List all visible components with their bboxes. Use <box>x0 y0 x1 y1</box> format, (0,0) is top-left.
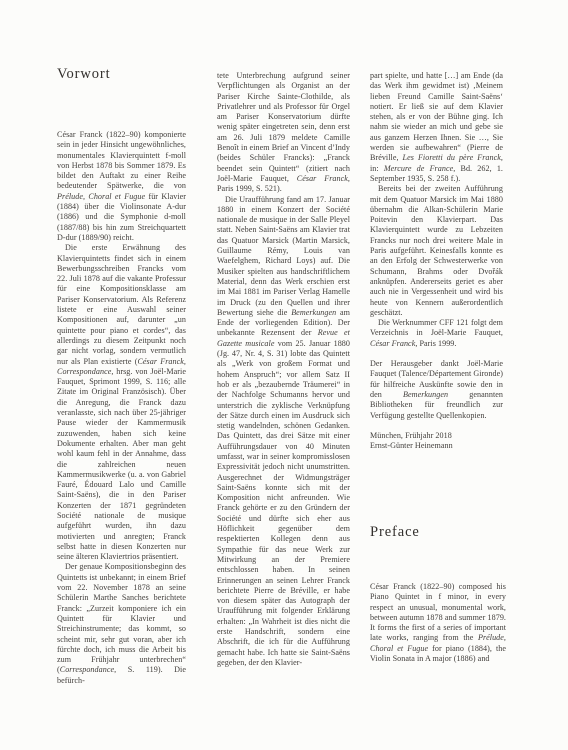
text-run: César Franck (1822–90) komponierte sein … <box>57 130 186 190</box>
italic-text-run: Prélude, Choral et Fugue <box>57 192 145 201</box>
vorwort-column-2: tete Unterbrechung aufgrund seiner Verpf… <box>217 71 350 668</box>
preface-column-english: César Franck (1822–90) composed his Pian… <box>370 582 506 664</box>
preface-page: Vorwort César Franck (1822–90) komponier… <box>0 0 568 750</box>
text-run: vom 25. Januar 1880 (Jg. 47, Nr. 4, S. 3… <box>217 339 350 667</box>
paragraph: Bereits bei der zweiten Aufführung mit d… <box>370 184 503 318</box>
italic-text-run: Les Fioretti du père Franck <box>403 153 501 162</box>
paragraph: César Franck (1822–90) composed his Pian… <box>370 582 506 664</box>
text-run: Der genaue Kompositionsbeginn des Quinte… <box>57 562 186 674</box>
text-run: Bereits bei der zweiten Aufführung mit d… <box>370 184 503 317</box>
text-run: tete Unterbrechung aufgrund seiner Verpf… <box>217 71 350 183</box>
text-run: Die Uraufführung fand am 17. Januar 1880… <box>217 195 350 317</box>
vorwort-column-1: César Franck (1822–90) komponierte sein … <box>57 130 186 686</box>
text-run: München, Frühjahr 2018 <box>370 431 452 440</box>
text-run: , Paris 1999. <box>415 339 456 348</box>
paragraph: Der genaue Kompositionsbeginn des Quinte… <box>57 562 186 686</box>
paragraph: München, Frühjahr 2018 <box>370 431 503 441</box>
paragraph: Ernst-Günter Heinemann <box>370 441 503 451</box>
paragraph: Der Herausgeber dankt Joël-Marie Fauquet… <box>370 359 503 421</box>
vorwort-column-3: part spielte, und hatte […] am Ende (da … <box>370 71 503 451</box>
text-run: Die Werknummer CFF 121 folgt dem Verzeic… <box>370 318 503 337</box>
italic-text-run: Bemerkungen <box>403 390 448 399</box>
italic-text-run: Bemerkungen <box>291 308 336 317</box>
text-run: part spielte, und hatte […] am Ende (da … <box>370 71 503 162</box>
text-run: Ernst-Günter Heinemann <box>370 441 453 450</box>
preface-heading: Preface <box>370 524 420 541</box>
paragraph: César Franck (1822–90) komponierte sein … <box>57 130 186 243</box>
italic-text-run: César Franck <box>297 174 348 183</box>
paragraph: Die erste Erwähnung des Klavierquintetts… <box>57 243 186 562</box>
italic-text-run: Mercure de France <box>384 164 453 173</box>
paragraph: tete Unterbrechung aufgrund seiner Verpf… <box>217 71 350 195</box>
italic-text-run: César Franck <box>370 339 415 348</box>
paragraph: Die Werknummer CFF 121 folgt dem Verzeic… <box>370 318 503 349</box>
paragraph: part spielte, und hatte […] am Ende (da … <box>370 71 503 184</box>
text-run: , hrsg. von Joël-Marie Fauquet, Sprimont… <box>57 367 186 561</box>
vorwort-heading: Vorwort <box>57 66 111 83</box>
text-run: Die erste Erwähnung des Klavierquintetts… <box>57 243 186 365</box>
paragraph: Die Uraufführung fand am 17. Januar 1880… <box>217 195 350 669</box>
italic-text-run: Correspondance <box>60 665 114 674</box>
